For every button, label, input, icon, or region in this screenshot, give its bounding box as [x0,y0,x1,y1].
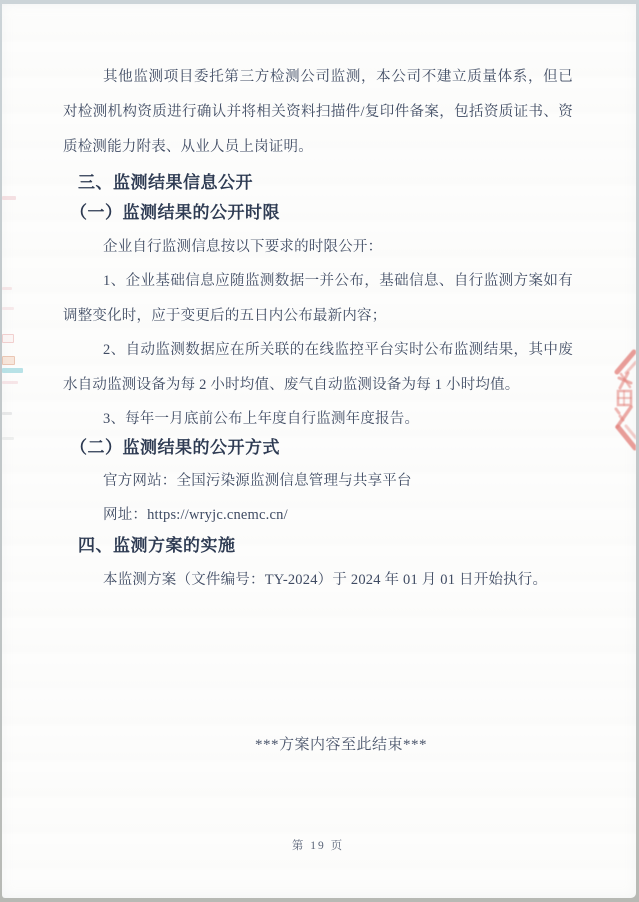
scan-artifact [2,437,14,440]
scan-artifact [2,196,16,200]
section-heading-4: 四、监测方案的实施 [63,532,573,560]
scan-artifact [2,381,18,384]
subsection-heading-3-2: （二）监测结果的公开方式 [63,434,573,462]
paragraph-implementation: 本监测方案（文件编号：TY-2024）于 2024 年 01 月 01 日开始执… [63,563,573,598]
scan-artifact [2,287,12,290]
section-heading-3: 三、监测结果信息公开 [63,169,573,197]
subsection-heading-3-1: （一）监测结果的公开时限 [63,199,573,227]
scan-background: 其他监测项目委托第三方检测公司监测，本公司不建立质量体系，但已对检测机构资质进行… [0,0,639,902]
paragraph-official-site: 官方网站：全国污染源监测信息管理与共享平台 [63,464,573,499]
document-page: 其他监测项目委托第三方检测公司监测，本公司不建立质量体系，但已对检测机构资质进行… [2,4,636,898]
red-seal-stamp [590,342,636,452]
paragraph-item-1: 1、企业基础信息应随监测数据一并公布，基础信息、自行监测方案如有调整变化时，应于… [63,264,573,334]
paragraph-site-url: 网址：https://wryjc.cnemc.cn/ [63,498,573,533]
paragraph-item-3: 3、每年一月底前公布上年度自行监测年度报告。 [63,402,573,437]
scan-artifact [2,368,23,373]
scan-artifact [2,356,15,365]
scan-artifact [2,334,14,343]
paragraph-item-2: 2、自动监测数据应在所关联的在线监控平台实时公布监测结果，其中废水自动监测设备为… [63,333,573,403]
scan-artifact [2,307,14,310]
paragraph-disclosure-intro: 企业自行监测信息按以下要求的时限公开： [63,230,573,265]
scan-artifact [2,412,12,415]
end-of-plan-note: ***方案内容至此结束*** [63,737,573,753]
paragraph-quality-system: 其他监测项目委托第三方检测公司监测，本公司不建立质量体系，但已对检测机构资质进行… [63,60,573,165]
page-number: 第 19 页 [63,837,573,853]
